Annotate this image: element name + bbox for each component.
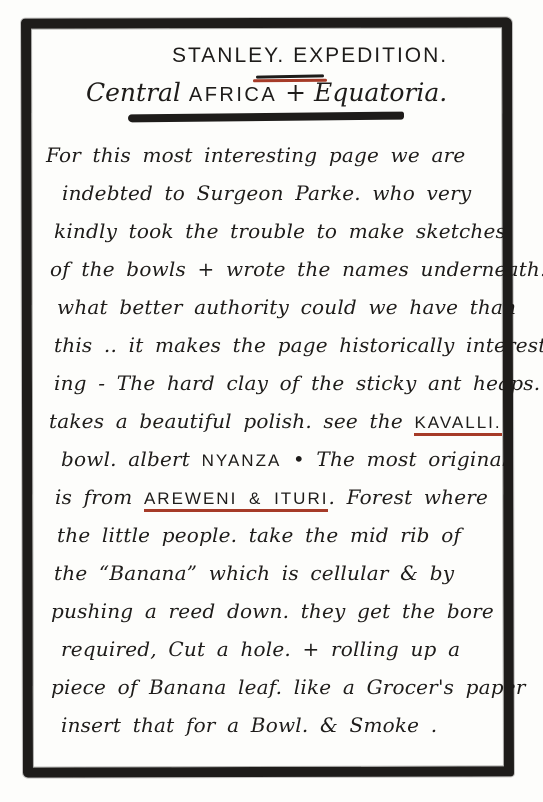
- text-line: bowl. albert NYANZA • The most original: [61, 440, 500, 478]
- red-underlined-text: AREWENI & ITURI: [144, 489, 329, 512]
- text-line: of the bowls + wrote the names underneat…: [50, 250, 500, 288]
- handwritten-text: takes a beautiful polish. see the: [49, 409, 414, 433]
- text-line: is from AREWENI & ITURI. Forest where: [55, 478, 500, 516]
- text-line: insert that for a Bowl. & Smoke .: [61, 706, 500, 744]
- handwritten-text: kindly took the trouble to make sketches: [54, 219, 506, 243]
- hand-caps-text: STANLEY. EXPEDITION.: [172, 44, 448, 67]
- handwritten-text: insert that for a Bowl. & Smoke .: [61, 713, 437, 737]
- hand-caps-text: AFRICA: [189, 84, 277, 106]
- handwritten-text: Central: [86, 78, 189, 107]
- handwritten-body: For this most interesting page we areind…: [40, 136, 500, 744]
- handwritten-text: the little people. take the mid rib of: [57, 523, 461, 547]
- text-line: the “Banana” which is cellular & by: [54, 554, 500, 592]
- text-line: the little people. take the mid rib of: [57, 516, 500, 554]
- hand-caps-text: NYANZA: [202, 451, 282, 470]
- handwritten-text: ing - The hard clay of the sticky ant he…: [54, 371, 540, 395]
- text-line: piece of Banana leaf. like a Grocer's pa…: [51, 668, 500, 706]
- text-line: pushing a reed down. they get the bore: [51, 592, 500, 630]
- handwritten-text: is from: [55, 485, 144, 509]
- handwritten-text: For this most interesting page we are: [46, 143, 465, 167]
- page-subtitle: Central AFRICA + Equatoria.: [86, 78, 447, 107]
- text-line: what better authority could we have than: [57, 288, 500, 326]
- text-line: takes a beautiful polish. see the KAVALL…: [49, 402, 500, 440]
- handwritten-text: of the bowls + wrote the names underneat…: [50, 257, 543, 281]
- text-line: this .. it makes the page historically i…: [54, 326, 500, 364]
- text-line: For this most interesting page we are: [46, 136, 500, 174]
- handwritten-text: . Forest where: [328, 485, 488, 509]
- handwritten-text: pushing a reed down. they get the bore: [51, 599, 494, 623]
- handwritten-text: what better authority could we have than: [57, 295, 516, 319]
- handwritten-text: required, Cut a hole. + rolling up a: [61, 637, 460, 661]
- handwritten-text: piece of Banana leaf. like a Grocer's pa…: [51, 675, 526, 699]
- page-title: STANLEY. EXPEDITION.: [172, 44, 448, 68]
- handwritten-text: bowl. albert: [61, 447, 202, 471]
- handwritten-text: + Equatoria.: [277, 78, 447, 107]
- text-line: indebted to Surgeon Parke. who very: [62, 174, 500, 212]
- handwritten-text: this .. it makes the page historically i…: [54, 333, 543, 357]
- text-line: ing - The hard clay of the sticky ant he…: [54, 364, 500, 402]
- text-line: kindly took the trouble to make sketches: [54, 212, 500, 250]
- red-underlined-text: KAVALLI.: [414, 413, 501, 436]
- handwritten-text: indebted to Surgeon Parke. who very: [62, 181, 471, 205]
- manuscript-page: STANLEY. EXPEDITION. Central AFRICA + Eq…: [0, 0, 543, 802]
- text-line: required, Cut a hole. + rolling up a: [61, 630, 500, 668]
- handwritten-text: • The most original: [281, 447, 508, 471]
- handwritten-text: the “Banana” which is cellular & by: [54, 561, 454, 585]
